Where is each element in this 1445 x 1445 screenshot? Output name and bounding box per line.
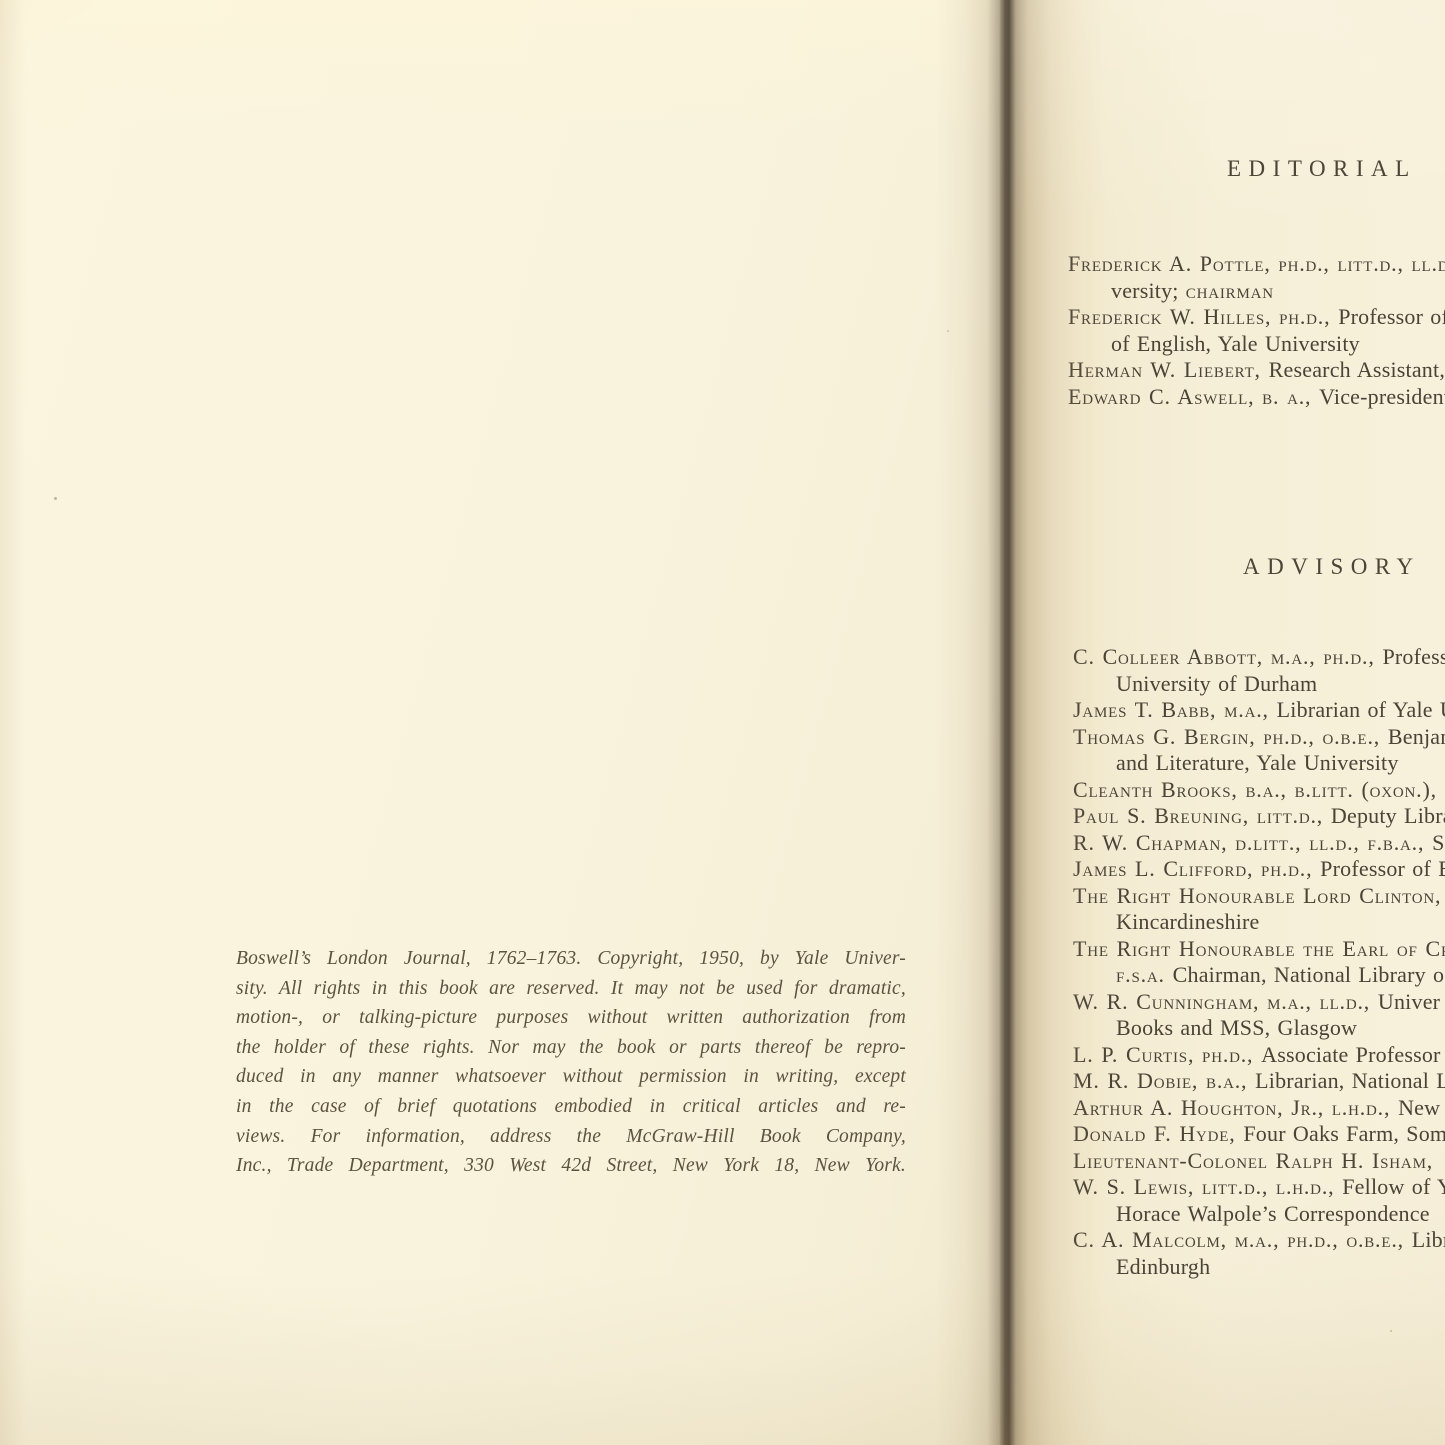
roman-text: So [1432, 830, 1445, 855]
committee-line: Paul S. Breuning, litt.d., Deputy Libra [1073, 803, 1445, 830]
committee-line: Thomas G. Bergin, ph.d., o.b.e., Benjami [1073, 724, 1445, 751]
roman-text: Associate Professor of [1261, 1042, 1445, 1067]
roman-text: Edinburgh [1116, 1254, 1210, 1279]
roman-text: and Literature, Yale University [1116, 750, 1399, 775]
roman-text: Librarian of Yale U [1277, 697, 1445, 722]
committee-line: Books and MSS, Glasgow [1116, 1015, 1445, 1042]
committee-line: Frederick W. Hilles, ph.d., Professor of [1068, 304, 1445, 331]
roman-text: Benjami [1388, 724, 1445, 749]
committee-line: Frederick A. Pottle, ph.d., litt.d., ll.… [1068, 251, 1445, 278]
committee-line: and Literature, Yale University [1116, 750, 1445, 777]
name-smallcaps-text: chairman [1186, 278, 1274, 303]
name-smallcaps-text: The Right Honourable Lord Clinton, [1073, 883, 1441, 908]
name-smallcaps-text: Frederick W. Hilles, ph.d., [1068, 304, 1338, 329]
committee-line: C. Colleer Abbott, m.a., ph.d., Professo… [1073, 644, 1445, 671]
roman-text: Horace Walpole’s Correspondence [1116, 1201, 1430, 1226]
copyright-line: views. For information, address the McGr… [236, 1122, 906, 1152]
roman-text: Kincardineshire [1116, 909, 1260, 934]
committee-line: Horace Walpole’s Correspondence [1116, 1201, 1445, 1228]
roman-text: Fellow of Yal [1342, 1174, 1445, 1199]
committee-line: Cleanth Brooks, b.a., b.litt. (oxon.), P [1073, 777, 1445, 804]
copyright-line: in the case of brief quotations embodied… [236, 1092, 906, 1122]
roman-text: Four Oaks Farm, Some [1243, 1121, 1445, 1146]
name-smallcaps-text: James T. Babb, m.a., [1073, 697, 1277, 722]
name-smallcaps-text: C. Colleer Abbott, m.a., ph.d., [1073, 644, 1382, 669]
name-smallcaps-text: M. R. Dobie, b.a., [1073, 1068, 1255, 1093]
roman-text: of English, Yale University [1111, 331, 1360, 356]
name-smallcaps-text: f.s.a. [1116, 962, 1173, 987]
name-smallcaps-text: Lieutenant-Colonel Ralph H. Isham, [1073, 1148, 1433, 1173]
name-smallcaps-text: R. W. Chapman, d.litt., ll.d., f.b.a., [1073, 830, 1432, 855]
roman-text: Deputy Libra [1331, 803, 1445, 828]
copyright-line: sity. All rights in this book are reserv… [236, 974, 906, 1004]
committee-line: C. A. Malcolm, m.a., ph.d., o.b.e., Libr… [1073, 1227, 1445, 1254]
committee-line: M. R. Dobie, b.a., Librarian, National L [1073, 1068, 1445, 1095]
roman-text: versity; [1111, 278, 1186, 303]
roman-text: Books and MSS, Glasgow [1116, 1015, 1357, 1040]
committee-line: James L. Clifford, ph.d., Professor of E [1073, 856, 1445, 883]
name-smallcaps-text: W. R. Cunningham, m.a., ll.d., [1073, 989, 1378, 1014]
paper-speck [1390, 1330, 1392, 1332]
committee-line: Edward C. Aswell, b. a., Vice-president,… [1068, 384, 1445, 411]
roman-text: University of Durham [1116, 671, 1317, 696]
committee-line: Kincardineshire [1116, 909, 1445, 936]
name-smallcaps-text: Donald F. Hyde, [1073, 1121, 1243, 1146]
name-smallcaps-text: W. S. Lewis, litt.d., l.h.d., [1073, 1174, 1342, 1199]
committee-line: Herman W. Liebert, Research Assistant, [1068, 357, 1445, 384]
committee-line: W. S. Lewis, litt.d., l.h.d., Fellow of … [1073, 1174, 1445, 1201]
roman-text: Libra [1412, 1227, 1445, 1252]
roman-text: Professor of [1338, 304, 1445, 329]
roman-text: Research Assistant, [1269, 357, 1445, 382]
roman-text: Univer [1378, 989, 1440, 1014]
name-smallcaps-text: Arthur A. Houghton, Jr., l.h.d., [1073, 1095, 1398, 1120]
roman-text: Chairman, National Library of [1173, 962, 1445, 987]
right-page: EDITORIAL Frederick A. Pottle, ph.d., li… [1000, 0, 1445, 1445]
name-smallcaps-text: Paul S. Breuning, litt.d., [1073, 803, 1331, 828]
name-smallcaps-text: James L. Clifford, ph.d., [1073, 856, 1320, 881]
copyright-line: duced in any manner whatsoever without p… [236, 1062, 906, 1092]
committee-line: of English, Yale University [1111, 331, 1445, 358]
copyright-line: Boswell’s London Journal, 1762–1763. Cop… [236, 944, 906, 974]
roman-text: Professor [1382, 644, 1445, 669]
committee-line: Edinburgh [1116, 1254, 1445, 1281]
committee-line: The Right Honourable Lord Clinton, [1073, 883, 1445, 910]
committee-line: The Right Honourable the Earl of Cr [1073, 936, 1445, 963]
name-smallcaps-text: L. P. Curtis, ph.d., [1073, 1042, 1261, 1067]
book-spread: Boswell’s London Journal, 1762–1763. Cop… [0, 0, 1445, 1445]
paper-speck [54, 497, 57, 500]
name-smallcaps-text: C. A. Malcolm, m.a., ph.d., o.b.e., [1073, 1227, 1412, 1252]
roman-text: New Y [1398, 1095, 1445, 1120]
committee-line: Arthur A. Houghton, Jr., l.h.d., New Y [1073, 1095, 1445, 1122]
committee-line: James T. Babb, m.a., Librarian of Yale U [1073, 697, 1445, 724]
name-smallcaps-text: Herman W. Liebert, [1068, 357, 1269, 382]
name-smallcaps-text: Cleanth Brooks, b.a., b.litt. (oxon.), [1073, 777, 1445, 802]
left-page: Boswell’s London Journal, 1762–1763. Cop… [0, 0, 1000, 1445]
name-smallcaps-text: Thomas G. Bergin, ph.d., o.b.e., [1073, 724, 1388, 749]
roman-text: Professor of E [1320, 856, 1445, 881]
advisory-committee-list: C. Colleer Abbott, m.a., ph.d., Professo… [1073, 644, 1445, 1280]
copyright-line: the holder of these rights. Nor may the … [236, 1033, 906, 1063]
name-smallcaps-text: The Right Honourable the Earl of Cr [1073, 936, 1445, 961]
paper-speck [947, 330, 949, 332]
roman-text: Librarian, National L [1255, 1068, 1445, 1093]
committee-line: University of Durham [1116, 671, 1445, 698]
editorial-committee-list: Frederick A. Pottle, ph.d., litt.d., ll.… [1068, 251, 1445, 410]
committee-line: W. R. Cunningham, m.a., ll.d., Univer [1073, 989, 1445, 1016]
committee-line: versity; chairman [1111, 278, 1445, 305]
committee-line: R. W. Chapman, d.litt., ll.d., f.b.a., S… [1073, 830, 1445, 857]
roman-text: Vice-president, M [1319, 384, 1445, 409]
committee-line: f.s.a. Chairman, National Library of [1116, 962, 1445, 989]
committee-line: Donald F. Hyde, Four Oaks Farm, Some [1073, 1121, 1445, 1148]
name-smallcaps-text: Frederick A. Pottle, ph.d., litt.d., ll.… [1068, 251, 1445, 276]
copyright-line: motion-, or talking-picture purposes wit… [236, 1003, 906, 1033]
copyright-line: Inc., Trade Department, 330 West 42d Str… [236, 1151, 906, 1181]
advisory-heading: ADVISORY [1243, 554, 1421, 580]
committee-line: L. P. Curtis, ph.d., Associate Professor… [1073, 1042, 1445, 1069]
editorial-heading: EDITORIAL [1227, 156, 1417, 182]
name-smallcaps-text: Edward C. Aswell, b. a., [1068, 384, 1319, 409]
committee-line: Lieutenant-Colonel Ralph H. Isham, [1073, 1148, 1445, 1175]
copyright-notice: Boswell’s London Journal, 1762–1763. Cop… [236, 944, 906, 1181]
